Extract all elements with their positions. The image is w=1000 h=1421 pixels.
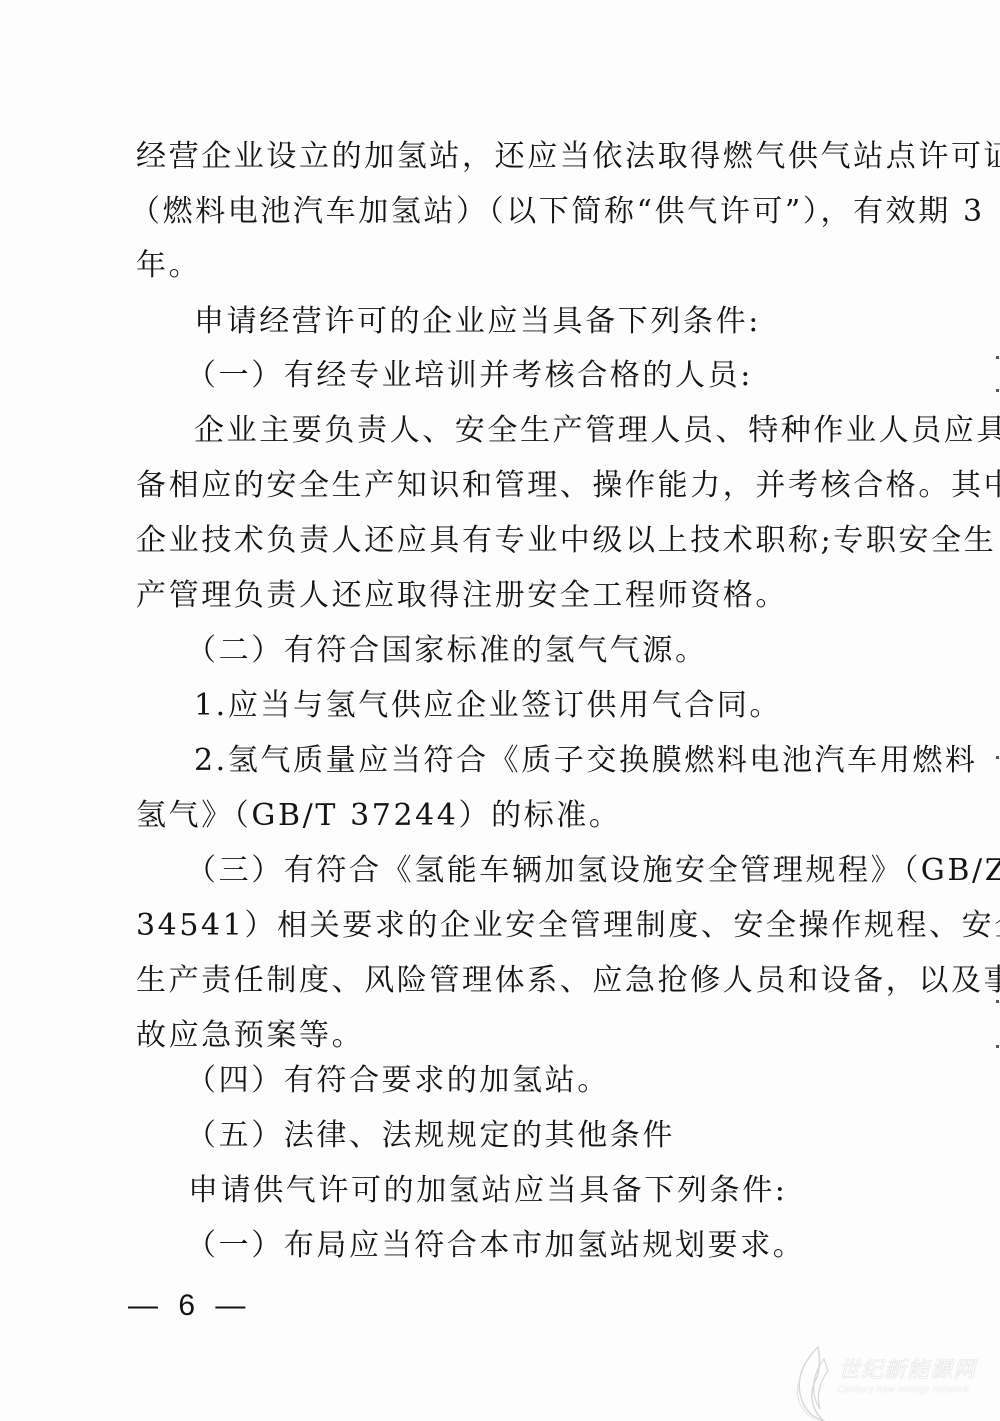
- text-line-6: 企业主要负责人、安全生产管理人员、特种作业人员应具: [194, 411, 1000, 451]
- scan-artifact: [996, 1000, 999, 1003]
- text-line-12: 2.氢气质量应当符合《质子交换膜燃料电池汽车用燃料: [194, 741, 978, 781]
- text-line-3: 年。: [136, 246, 201, 286]
- watermark-subtitle: Century new energy network: [838, 1385, 969, 1395]
- text-line-15: 34541）相关要求的企业安全管理制度、安全操作规程、安全: [136, 906, 1000, 946]
- scan-artifact: [996, 756, 999, 759]
- text-line-2: （燃料电池汽车加氢站）（以下简称“供气许可”），有效期 3: [130, 192, 985, 232]
- scan-artifact: [996, 1045, 999, 1048]
- text-line-21: （一）布局应当符合本市加氢站规划要求。: [186, 1226, 805, 1266]
- text-line-13: 氢气》（GB/T 37244）的标准。: [136, 796, 622, 836]
- text-line-7: 备相应的安全生产知识和管理、操作能力，并考核合格。其中: [136, 466, 1000, 506]
- text-line-4: 申请经营许可的企业应当具备下列条件:: [194, 302, 761, 342]
- text-line-17: 故应急预案等。: [136, 1016, 364, 1056]
- flame-logo-icon: [790, 1345, 836, 1421]
- text-line-14: （三）有符合《氢能车辆加氢设施安全管理规程》（GB/Z: [186, 851, 1000, 891]
- scan-artifact: [996, 356, 999, 359]
- scan-artifact: [996, 389, 999, 392]
- text-line-11: 1.应当与氢气供应企业签订供用气合同。: [194, 686, 782, 726]
- watermark: 世纪新能源网 Century new energy network: [790, 1345, 1000, 1421]
- text-line-19: （五）法律、法规规定的其他条件: [186, 1116, 675, 1156]
- text-line-9: 产管理负责人还应取得注册安全工程师资格。: [136, 576, 788, 616]
- text-line-20: 申请供气许可的加氢站应当具备下列条件:: [188, 1171, 788, 1211]
- text-line-8: 企业技术负责人还应具有专业中级以上技术职称;专职安全生: [136, 521, 996, 561]
- text-line-18: （四）有符合要求的加氢站。: [186, 1061, 610, 1101]
- page-number: — 6 —: [128, 1288, 251, 1324]
- text-line-10: （二）有符合国家标准的氢气气源。: [186, 631, 708, 671]
- watermark-title: 世纪新能源网: [838, 1353, 976, 1384]
- document-page: 经营企业设立的加氢站，还应当依法取得燃气供气站点许可证 （燃料电池汽车加氢站）（…: [0, 0, 1000, 1421]
- text-line-5: （一）有经专业培训并考核合格的人员:: [186, 356, 753, 396]
- text-line-1: 经营企业设立的加氢站，还应当依法取得燃气供气站点许可证: [136, 137, 1000, 177]
- text-line-16: 生产责任制度、风险管理体系、应急抢修人员和设备，以及事: [136, 961, 1000, 1001]
